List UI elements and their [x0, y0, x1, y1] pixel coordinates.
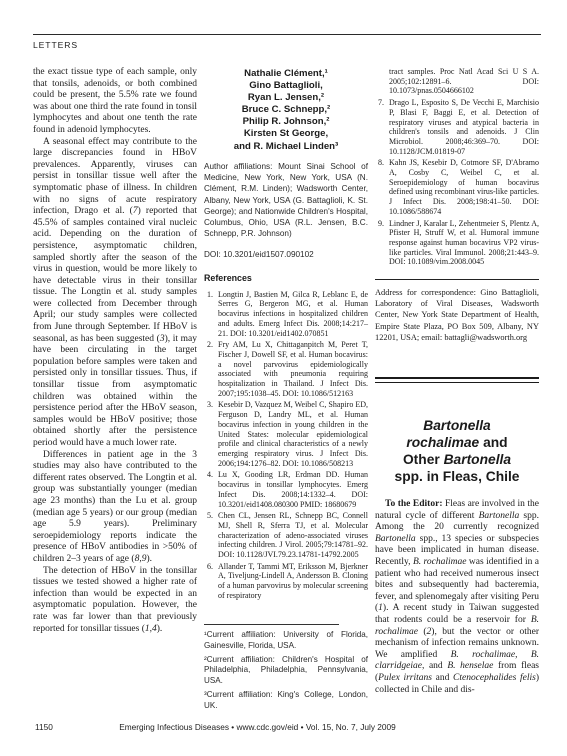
reference-number: 4. [204, 470, 213, 509]
footnote: ²Current affiliation: Children's Hospita… [204, 655, 368, 686]
journal-page: LETTERS the exact tissue type of each sa… [0, 0, 567, 756]
author-list: Nathalie Clément,¹ Gino Battaglioli, Rya… [204, 68, 368, 153]
author-affiliations: Author affiliations: Mount Sinai School … [204, 161, 368, 240]
footnote-rule [204, 624, 339, 625]
reference-number: 2. [204, 340, 213, 398]
column-right: tract samples. Proc Natl Acad Sci U S A.… [375, 67, 539, 719]
reference-item: 5. Chen CL, Jensen RL, Schnepp BC, Conne… [204, 511, 368, 560]
reference-number: 1. [204, 290, 213, 339]
paragraph: Differences in patient age in the 3 stud… [33, 450, 197, 566]
article-title-line: spp. in Fleas, Chile [375, 468, 539, 485]
reference-item: 7. Drago L, Esposito S, De Vecchi E, Mar… [375, 98, 539, 156]
footnotes-block: ¹Current affiliation: University of Flor… [204, 619, 368, 715]
article-title-line: Bartonella [375, 417, 539, 434]
author-name: and R. Michael Linden³ [204, 141, 368, 153]
author-name: Nathalie Clément,¹ [204, 68, 368, 80]
references-heading: References [204, 273, 368, 283]
article-body-paragraph: To the Editor: Fleas are involved in the… [375, 499, 539, 696]
column-left: the exact tissue type of each sample, on… [33, 67, 197, 719]
author-name: Ryan L. Jensen,² [204, 92, 368, 104]
correspondence-block: Address for correspondence: Gino Battagl… [375, 279, 539, 343]
author-name: Kirsten St George, [204, 128, 368, 140]
reference-text: Longtin J, Bastien M, Gilca R, Leblanc E… [218, 290, 368, 339]
reference-text: Lu X, Gooding LR, Erdman DD. Human bocav… [218, 470, 368, 509]
reference-text: Kesebir D, Vazquez M, Weibel C, Shapiro … [218, 400, 368, 468]
paragraph: The detection of HBoV in the tonsillar t… [33, 566, 197, 636]
reference-number: 5. [204, 511, 213, 560]
page-number: 1150 [35, 722, 53, 732]
reference-text: Drago L, Esposito S, De Vecchi E, Marchi… [389, 98, 539, 156]
journal-footer-line: Emerging Infectious Diseases • www.cdc.g… [33, 722, 482, 732]
reference-text: Allander T, Tammi MT, Eriksson M, Bjerkn… [218, 562, 368, 601]
footnote: ³Current affiliation: King's College, Lo… [204, 690, 368, 711]
section-separator-rule [375, 377, 539, 383]
reference-number: 8. [375, 158, 384, 216]
correspondence-text: Address for correspondence: Gino Battagl… [375, 287, 539, 343]
reference-continuation: tract samples. Proc Natl Acad Sci U S A.… [375, 67, 539, 96]
author-name: Bruce C. Schnepp,² [204, 104, 368, 116]
reference-list: 1. Longtin J, Bastien M, Gilca R, Leblan… [204, 290, 368, 601]
article-title-line: rochalimae and [375, 434, 539, 451]
author-name: Philip R. Johnson,² [204, 116, 368, 128]
reference-number: 3. [204, 400, 213, 468]
article-title-line: Other Bartonella [375, 451, 539, 468]
reference-item: 4. Lu X, Gooding LR, Erdman DD. Human bo… [204, 470, 368, 509]
author-name: Gino Battaglioli, [204, 80, 368, 92]
reference-text: Lindner J, Karalar L, Zehentmeier S, Ple… [389, 219, 539, 268]
paragraph: A seasonal effect may contribute to the … [33, 137, 197, 450]
reference-text: Kahn JS, Kesebir D, Cotmore SF, D'Abramo… [389, 158, 539, 216]
reference-item: 8. Kahn JS, Kesebir D, Cotmore SF, D'Abr… [375, 158, 539, 216]
reference-item: 6. Allander T, Tammi MT, Eriksson M, Bje… [204, 562, 368, 601]
page-footer: 1150 Emerging Infectious Diseases • www.… [33, 722, 540, 732]
doi: DOI: 10.3201/eid1507.090102 [204, 250, 368, 259]
reference-number: 6. [204, 562, 213, 601]
footnote: ¹Current affiliation: University of Flor… [204, 630, 368, 651]
reference-text: Chen CL, Jensen RL, Schnepp BC, Connell … [218, 511, 368, 560]
reference-text: Fry AM, Lu X, Chittaganpitch M, Peret T,… [218, 340, 368, 398]
reference-number: 9. [375, 219, 384, 268]
column-middle: Nathalie Clément,¹ Gino Battaglioli, Rya… [204, 67, 368, 719]
reference-item: 2. Fry AM, Lu X, Chittaganpitch M, Peret… [204, 340, 368, 398]
content-columns: the exact tissue type of each sample, on… [33, 67, 539, 719]
reference-text: tract samples. Proc Natl Acad Sci U S A.… [389, 67, 539, 96]
header-rule [33, 34, 541, 35]
reference-item: 9. Lindner J, Karalar L, Zehentmeier S, … [375, 219, 539, 268]
reference-number: 7. [375, 98, 384, 156]
section-label: LETTERS [33, 40, 78, 50]
paragraph: the exact tissue type of each sample, on… [33, 67, 197, 137]
reference-item: 1. Longtin J, Bastien M, Gilca R, Leblan… [204, 290, 368, 339]
reference-item: 3. Kesebir D, Vazquez M, Weibel C, Shapi… [204, 400, 368, 468]
article-title: Bartonella rochalimae and Other Bartonel… [375, 417, 539, 485]
